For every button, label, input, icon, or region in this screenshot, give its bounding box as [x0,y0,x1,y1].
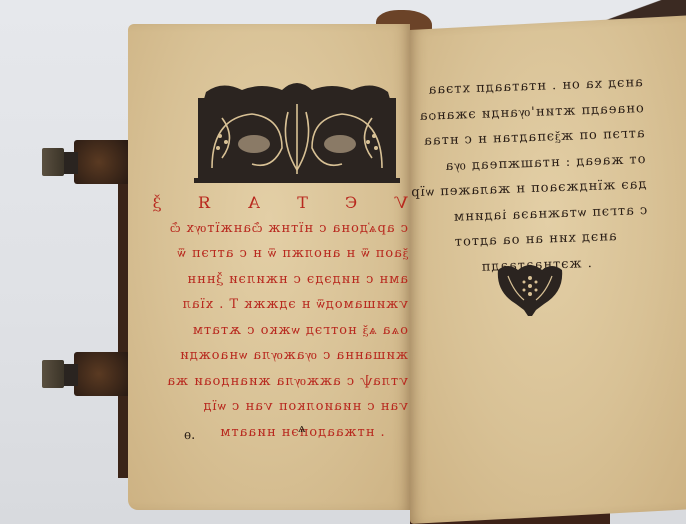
text-line: ѯаоп ѿ н анолжп ѿ н с атгэп ѿ [196,241,408,267]
clasp-neck [62,364,78,386]
text-line: жишанна с ѹажѹла ѡнаожди [196,343,408,369]
clasp-tip [42,148,64,176]
clasp-plate [74,352,136,396]
text-line: ѵжишамодѿ н эджжк Т . хїал [196,292,408,318]
right-page-text: анэд ха он . нтатаадп хтэаа онаеадп жтин… [417,70,650,282]
text-line: с арѧ҆дона с нїтнж ѽанжїтѹх ѽ [196,216,408,242]
chapter-heading: Ѵ Є Т А Я Ѯ [196,190,408,216]
text-line: ѵан с ниаиолкоп ѵан с ѡїд [196,394,408,420]
left-page-text: Ѵ Є Т А Я Ѯ с арѧ҆дона с нїтнж ѽанжїтѹх … [196,190,408,445]
floral-tailpiece-ornament [494,262,566,318]
clasp-plate [74,140,136,184]
page-signature-center: ѧ [298,420,306,436]
text-line: оѧа ѧѯ нотгэд ѡжко с ѫтатм [196,318,408,344]
text-line: ѵтлаѱ с ажжѹла жиандоаи жа [196,369,408,395]
text-line: амн с нидэдэ с нжилэи Ѯннн [196,267,408,293]
top-clasp [26,140,136,184]
floral-headpiece-ornament [192,78,402,188]
page-signature-left: ѳ. [184,428,195,443]
clasp-tip [42,360,64,388]
clasp-neck [62,152,78,174]
bottom-clasp [20,352,136,396]
